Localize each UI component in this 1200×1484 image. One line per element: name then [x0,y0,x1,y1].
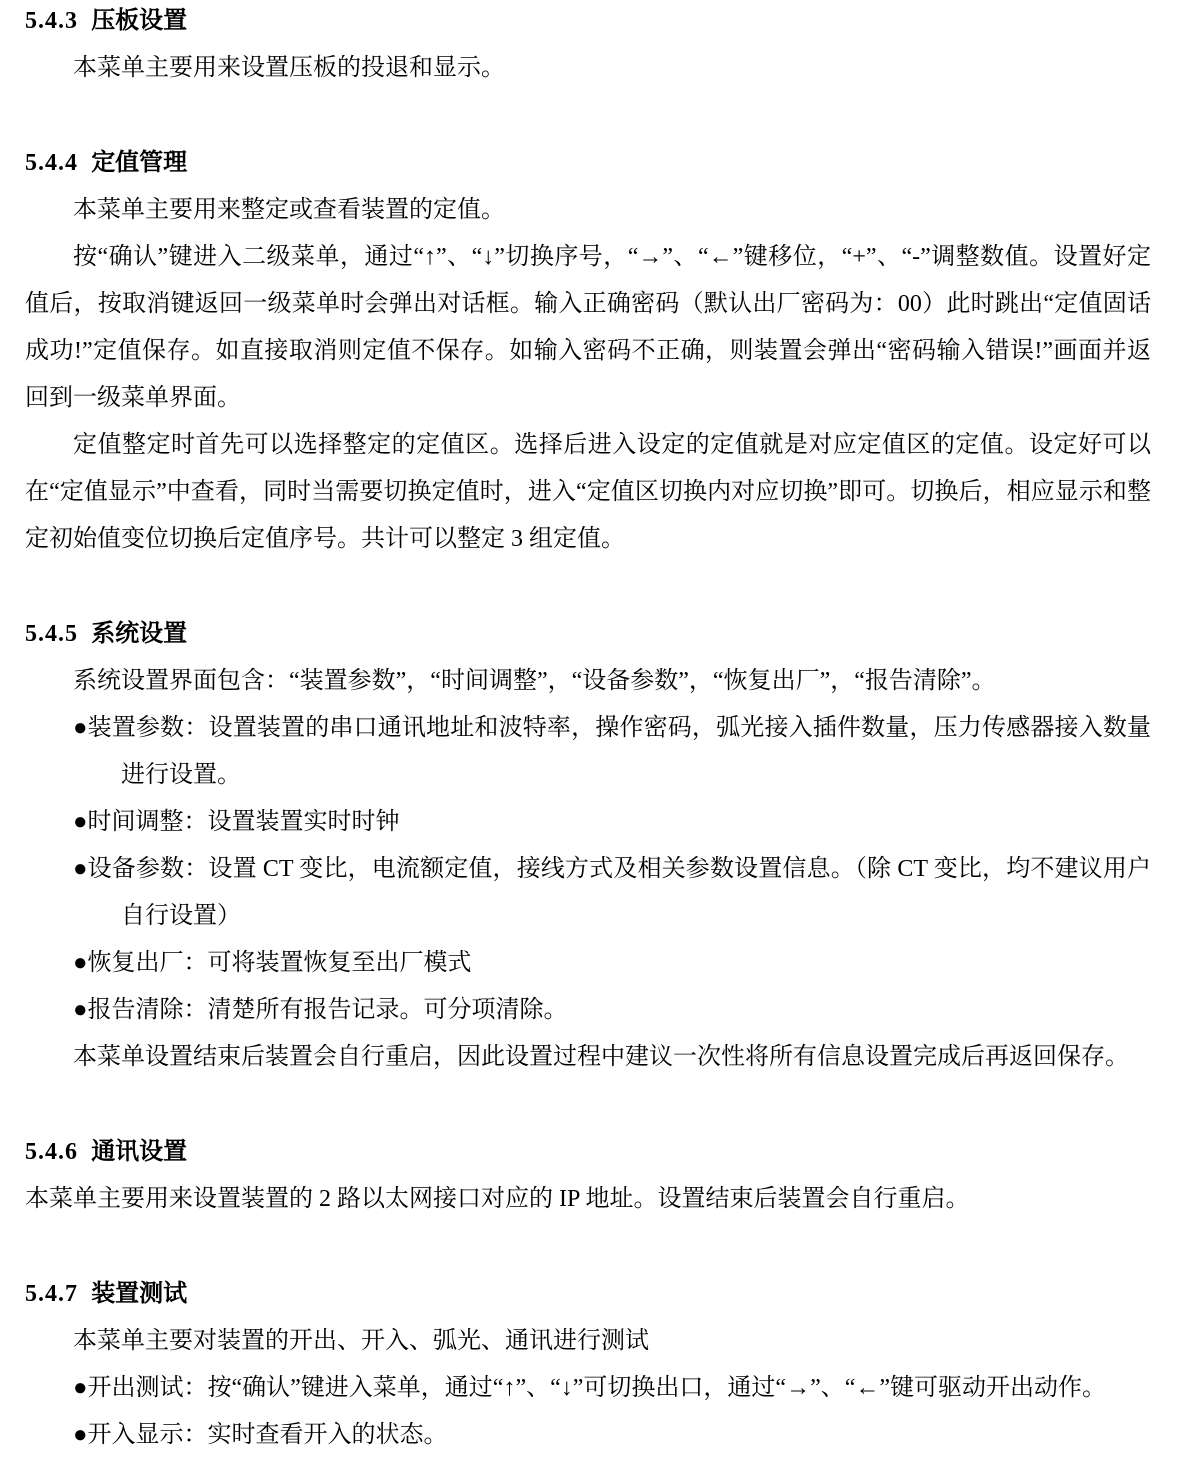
section-heading: 5.4.6通讯设置 [25,1128,1151,1176]
bullet-icon: ● [73,997,88,1023]
bullet-icon: ● [73,856,88,882]
bullet-item-text: 开出测试：按“确认”键进入菜单，通过“↑”、“↓”可切换出口，通过“→”、“←”… [88,1375,1107,1401]
section-5-4-4: 5.4.4定值管理 本菜单主要用来整定或查看装置的定值。 按“确认”键进入二级菜… [25,139,1151,563]
section-number: 5.4.3 [25,8,78,34]
bullet-item-text: 开入显示：实时查看开入的状态。 [88,1422,448,1448]
bullet-item: ●报告清除：清楚所有报告记录。可分项清除。 [25,987,1151,1034]
section-5-4-7: 5.4.7装置测试 本菜单主要对装置的开出、开入、弧光、通讯进行测试 ●开出测试… [25,1270,1151,1459]
section-heading: 5.4.4定值管理 [25,139,1151,187]
bullet-icon: ● [73,1422,88,1448]
bullet-item-text: 报告清除：清楚所有报告记录。可分项清除。 [88,997,568,1023]
section-number: 5.4.6 [25,1139,78,1165]
bullet-item-text: 设备参数：设置 CT 变比，电流额定值，接线方式及相关参数设置信息。（除 CT … [88,856,1151,929]
bullet-item: ●时间调整：设置装置实时时钟 [25,799,1151,846]
section-5-4-6: 5.4.6通讯设置 本菜单主要用来设置装置的 2 路以太网接口对应的 IP 地址… [25,1128,1151,1223]
paragraph: 本菜单设置结束后装置会自行重启，因此设置过程中建议一次性将所有信息设置完成后再返… [25,1034,1151,1081]
bullet-item: ●设备参数：设置 CT 变比，电流额定值，接线方式及相关参数设置信息。（除 CT… [25,846,1151,940]
manual-page: 5.4.3压板设置 本菜单主要用来设置压板的投退和显示。 5.4.4定值管理 本… [25,0,1151,1459]
section-title: 通讯设置 [91,1138,187,1165]
bullet-item: ●恢复出厂：可将装置恢复至出厂模式 [25,940,1151,987]
section-heading: 5.4.3压板设置 [25,0,1151,45]
section-title: 压板设置 [91,7,187,34]
bullet-icon: ● [73,715,88,741]
section-5-4-3: 5.4.3压板设置 本菜单主要用来设置压板的投退和显示。 [25,0,1151,92]
bullet-icon: ● [73,950,88,976]
bullet-item-text: 时间调整：设置装置实时时钟 [88,809,400,835]
paragraph: 本菜单主要用来整定或查看装置的定值。 [25,187,1151,234]
section-title: 定值管理 [91,149,187,176]
section-number: 5.4.4 [25,150,78,176]
section-number: 5.4.5 [25,621,78,647]
paragraph: 按“确认”键进入二级菜单，通过“↑”、“↓”切换序号，“→”、“←”键移位，“+… [25,234,1151,422]
bullet-item-text: 装置参数：设置装置的串口通讯地址和波特率，操作密码，弧光接入插件数量，压力传感器… [88,715,1151,788]
section-title: 系统设置 [91,620,187,647]
paragraph: 系统设置界面包含：“装置参数”，“时间调整”，“设备参数”，“恢复出厂”，“报告… [25,658,1151,705]
bullet-icon: ● [73,1375,88,1401]
bullet-icon: ● [73,809,88,835]
section-number: 5.4.7 [25,1281,78,1307]
section-title: 装置测试 [91,1280,187,1307]
paragraph: 本菜单主要用来设置装置的 2 路以太网接口对应的 IP 地址。设置结束后装置会自… [25,1176,1151,1223]
paragraph: 本菜单主要用来设置压板的投退和显示。 [25,45,1151,92]
section-heading: 5.4.7装置测试 [25,1270,1151,1318]
bullet-item: ●开入显示：实时查看开入的状态。 [25,1412,1151,1459]
bullet-item: ●开出测试：按“确认”键进入菜单，通过“↑”、“↓”可切换出口，通过“→”、“←… [25,1365,1151,1412]
bullet-item-text: 恢复出厂：可将装置恢复至出厂模式 [88,950,472,976]
paragraph: 本菜单主要对装置的开出、开入、弧光、通讯进行测试 [25,1318,1151,1365]
paragraph: 定值整定时首先可以选择整定的定值区。选择后进入设定的定值就是对应定值区的定值。设… [25,422,1151,563]
section-5-4-5: 5.4.5系统设置 系统设置界面包含：“装置参数”，“时间调整”，“设备参数”，… [25,610,1151,1081]
section-heading: 5.4.5系统设置 [25,610,1151,658]
bullet-item: ●装置参数：设置装置的串口通讯地址和波特率，操作密码，弧光接入插件数量，压力传感… [25,705,1151,799]
